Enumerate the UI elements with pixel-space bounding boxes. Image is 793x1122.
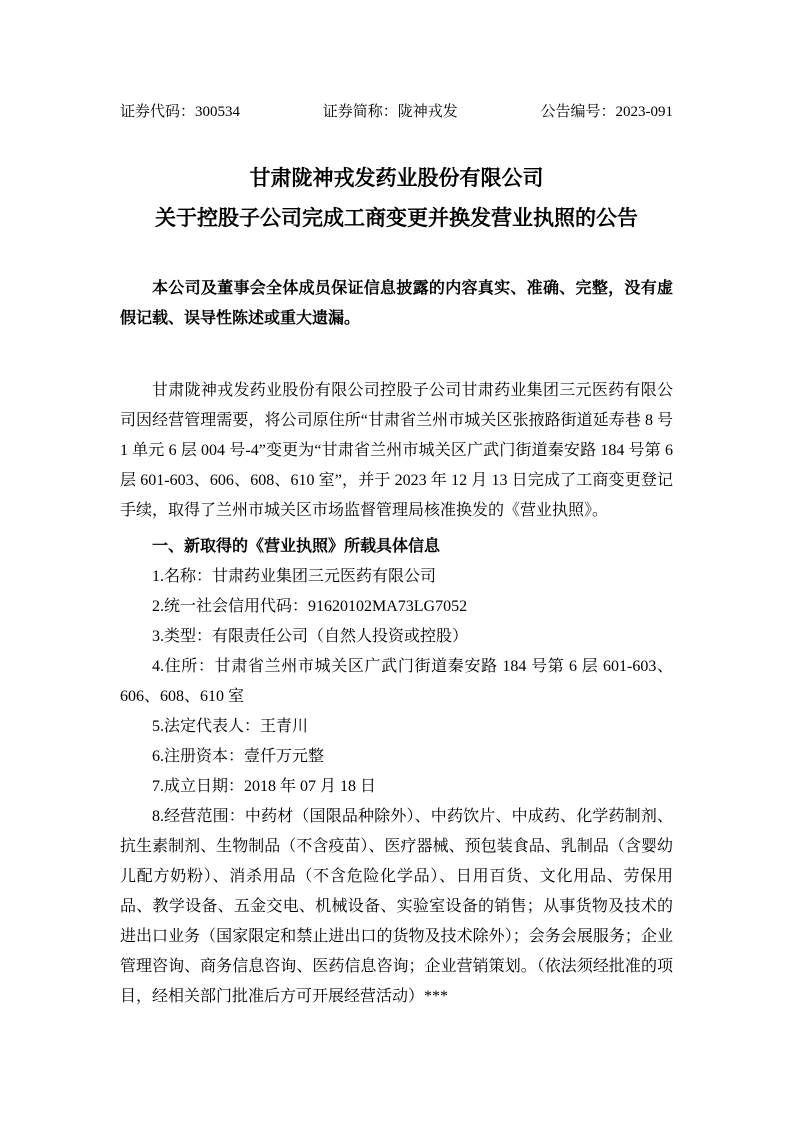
document-header: 证券代码：300534 证券简称：陇神戎发 公告编号：2023-091 — [120, 102, 673, 122]
license-item-address: 4.住所：甘肃省兰州市城关区广武门街道秦安路 184 号第 6 层 601-60… — [120, 652, 673, 712]
stock-short-name: 证券简称：陇神戎发 — [323, 102, 458, 122]
company-name-title: 甘肃陇神戎发药业股份有限公司 — [120, 158, 673, 198]
license-item-registered-capital: 6.注册资本：壹仟万元整 — [120, 742, 673, 772]
announcement-page: 证券代码：300534 证券简称：陇神戎发 公告编号：2023-091 甘肃陇神… — [0, 0, 793, 1122]
license-item-legal-representative: 5.法定代表人：王青川 — [120, 712, 673, 742]
stock-code: 证券代码：300534 — [120, 102, 240, 122]
intro-paragraph: 甘肃陇神戎发药业股份有限公司控股子公司甘肃药业集团三元医药有限公司因经营管理需要… — [120, 376, 673, 526]
announcement-number: 公告编号：2023-091 — [541, 102, 674, 122]
disclaimer-paragraph: 本公司及董事会全体成员保证信息披露的内容真实、准确、完整，没有虚假记载、误导性陈… — [120, 274, 673, 334]
document-title-block: 甘肃陇神戎发药业股份有限公司 关于控股子公司完成工商变更并换发营业执照的公告 — [120, 158, 673, 238]
license-item-credit-code: 2.统一社会信用代码：91620102MA73LG7052 — [120, 592, 673, 622]
license-item-name: 1.名称：甘肃药业集团三元医药有限公司 — [120, 562, 673, 592]
license-item-establishment-date: 7.成立日期：2018 年 07 月 18 日 — [120, 772, 673, 802]
section1-heading: 一、新取得的《营业执照》所载具体信息 — [120, 532, 673, 562]
license-item-business-scope: 8.经营范围：中药材（国限品种除外）、中药饮片、中成药、化学药制剂、抗生素制剂、… — [120, 802, 673, 1012]
announcement-title: 关于控股子公司完成工商变更并换发营业执照的公告 — [120, 198, 673, 238]
license-item-type: 3.类型：有限责任公司（自然人投资或控股） — [120, 622, 673, 652]
